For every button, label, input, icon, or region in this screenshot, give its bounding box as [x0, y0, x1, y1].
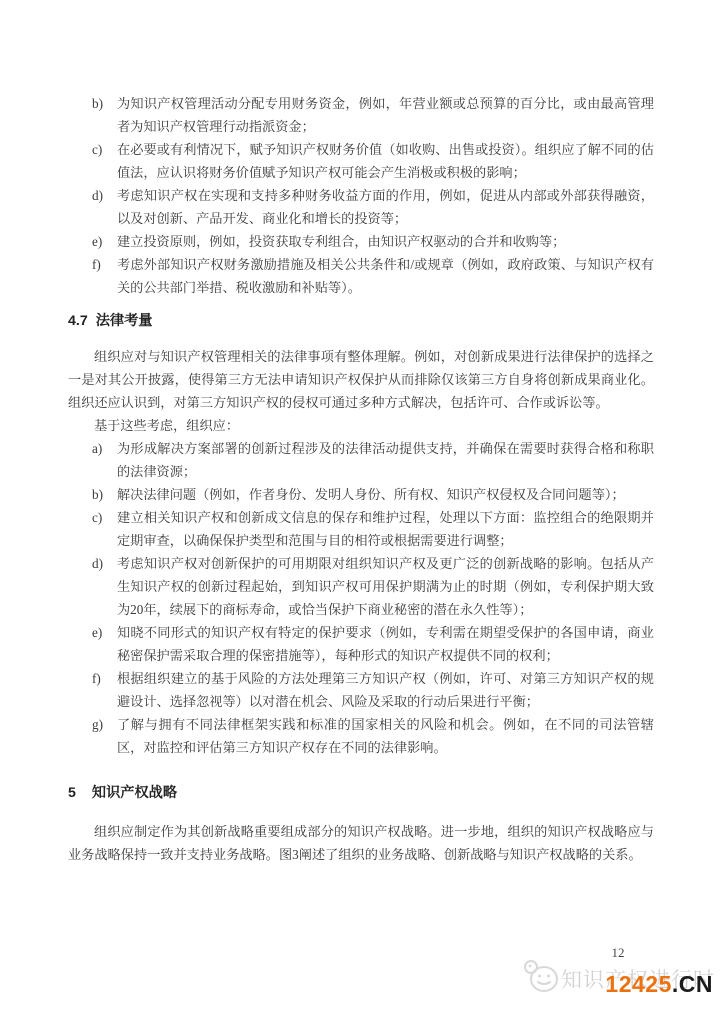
list-item-text: 考虑知识产权对创新保护的可用期限对组织知识产权及更广泛的创新战略的影响。包括从产… — [117, 552, 654, 621]
watermark: 知识产权进行时 12425.CN — [523, 958, 715, 1004]
list-item-label: e) — [92, 621, 117, 644]
list-item-text: 知晓不同形式的知识产权有特定的保护要求（例如，专利需在期望受保护的各国申请，商业… — [117, 621, 654, 667]
section-4-7-paragraph: 组织应对与知识产权管理相关的法律事项有整体理解。例如，对创新成果进行法律保护的选… — [68, 345, 654, 414]
chat-face-logo-icon — [523, 958, 559, 999]
list-item-text: 了解与拥有不同法律框架实践和标准的国家相关的风险和机会。例如，在不同的司法管辖区… — [117, 713, 654, 759]
list-item: f) 根据组织建立的基于风险的方法处理第三方知识产权（例如，许可、对第三方知识产… — [68, 667, 654, 713]
list-item: g) 了解与拥有不同法律框架实践和标准的国家相关的风险和机会。例如，在不同的司法… — [68, 713, 654, 759]
list-item: a) 为形成解决方案部署的创新过程涉及的法律活动提供支持，并确保在需要时获得合格… — [68, 437, 654, 483]
list-item-label: f) — [92, 667, 117, 690]
list-item-label: d) — [92, 184, 117, 207]
list-item-text: 建立投资原则，例如，投资获取专利组合，由知识产权驱动的合并和收购等； — [117, 230, 654, 253]
list-item-label: b) — [92, 92, 117, 115]
list-item: c) 在必要或有利情况下，赋予知识产权财务价值（如收购、出售或投资）。组织应了解… — [68, 138, 654, 184]
list-item: e) 建立投资原则，例如，投资获取专利组合，由知识产权驱动的合并和收购等； — [68, 230, 654, 253]
list-item-label: a) — [92, 437, 117, 460]
watermark-site-number: 12425 — [605, 971, 671, 997]
list-item: b) 解决法律问题（例如，作者身份、发明人身份、所有权、知识产权侵权及合同问题等… — [68, 483, 654, 506]
section-5-paragraph: 组织应制定作为其创新战略重要组成部分的知识产权战略。进一步地，组织的知识产权战略… — [68, 820, 654, 866]
list-item: b) 为知识产权管理活动分配专用财务资金，例如，年营业额或总预算的百分比，或由最… — [68, 92, 654, 138]
list-item-label: f) — [92, 253, 117, 276]
financial-list: b) 为知识产权管理活动分配专用财务资金，例如，年营业额或总预算的百分比，或由最… — [68, 92, 654, 299]
list-item-text: 为形成解决方案部署的创新过程涉及的法律活动提供支持，并确保在需要时获得合格和称职… — [117, 437, 654, 483]
list-item: e) 知晓不同形式的知识产权有特定的保护要求（例如，专利需在期望受保护的各国申请… — [68, 621, 654, 667]
list-item-text: 考虑知识产权在实现和支持多种财务收益方面的作用，例如，促进从内部或外部获得融资，… — [117, 184, 654, 230]
section-5-heading: 5知识产权战略 — [68, 783, 654, 803]
list-item-label: c) — [92, 138, 117, 161]
page-content: b) 为知识产权管理活动分配专用财务资金，例如，年营业额或总预算的百分比，或由最… — [68, 92, 654, 866]
section-number: 4.7 — [68, 311, 88, 331]
watermark-site-tld: .CN — [672, 971, 713, 997]
list-item-text: 根据组织建立的基于风险的方法处理第三方知识产权（例如，许可、对第三方知识产权的规… — [117, 667, 654, 713]
list-item-label: g) — [92, 713, 117, 736]
document-page: b) 为知识产权管理活动分配专用财务资金，例如，年营业额或总预算的百分比，或由最… — [0, 0, 720, 1018]
list-item-label: e) — [92, 230, 117, 253]
list-item-text: 为知识产权管理活动分配专用财务资金，例如，年营业额或总预算的百分比，或由最高管理… — [117, 92, 654, 138]
section-4-7-heading: 4.7法律考量 — [68, 311, 654, 331]
section-title: 知识产权战略 — [92, 785, 177, 801]
list-item-text: 在必要或有利情况下，赋予知识产权财务价值（如收购、出售或投资）。组织应了解不同的… — [117, 138, 654, 184]
list-item-label: d) — [92, 552, 117, 575]
watermark-site-text: 12425.CN — [605, 971, 713, 998]
section-4-7-lead-in: 基于这些考虑，组织应： — [68, 414, 654, 437]
list-item-text: 解决法律问题（例如，作者身份、发明人身份、所有权、知识产权侵权及合同问题等）； — [117, 483, 654, 506]
list-item: f) 考虑外部知识产权财务激励措施及相关公共条件和/或规章（例如，政府政策、与知… — [68, 253, 654, 299]
list-item-label: b) — [92, 483, 117, 506]
list-item-text: 考虑外部知识产权财务激励措施及相关公共条件和/或规章（例如，政府政策、与知识产权… — [117, 253, 654, 299]
list-item-text: 建立相关知识产权和创新成文信息的保存和维护过程，处理以下方面：监控组合的绝限期并… — [117, 506, 654, 552]
section-title: 法律考量 — [96, 313, 153, 329]
section-number: 5 — [68, 783, 76, 803]
list-item: d) 考虑知识产权对创新保护的可用期限对组织知识产权及更广泛的创新战略的影响。包… — [68, 552, 654, 621]
list-item-label: c) — [92, 506, 117, 529]
legal-list: a) 为形成解决方案部署的创新过程涉及的法律活动提供支持，并确保在需要时获得合格… — [68, 437, 654, 759]
list-item: c) 建立相关知识产权和创新成文信息的保存和维护过程，处理以下方面：监控组合的绝… — [68, 506, 654, 552]
list-item: d) 考虑知识产权在实现和支持多种财务收益方面的作用，例如，促进从内部或外部获得… — [68, 184, 654, 230]
